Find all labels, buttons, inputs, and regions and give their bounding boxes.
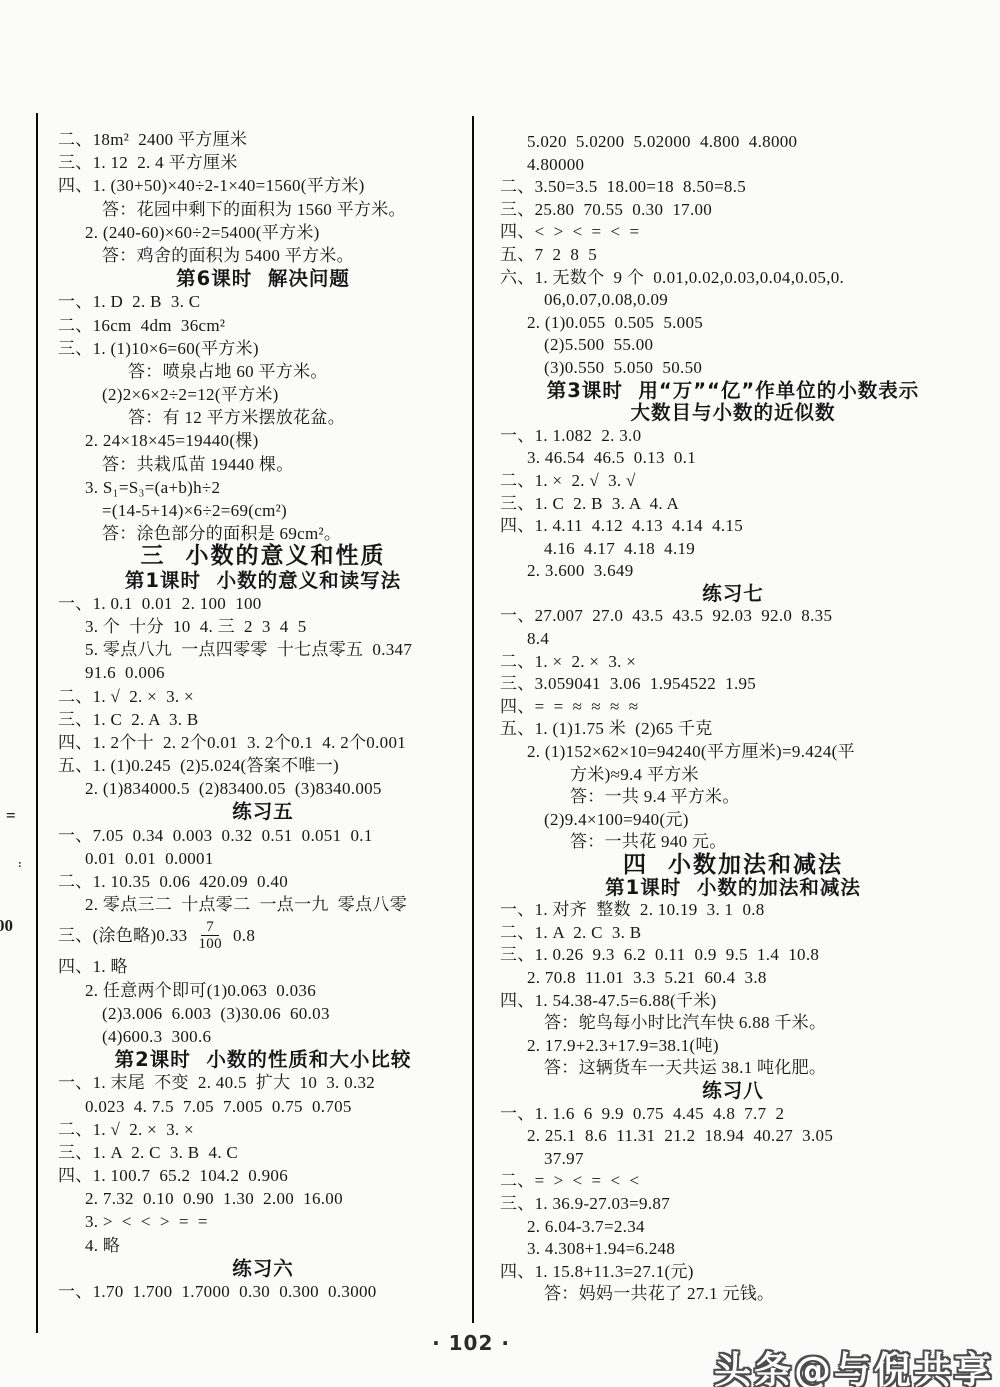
answer-line: 3. 个 十分 10 4. 三 2 3 4 5	[58, 615, 468, 638]
margin-fragment-zeros: 00	[0, 916, 13, 936]
answer-line: 四、1. 15.8+11.3=27.1(元)	[500, 1261, 966, 1284]
lesson-heading: 第6课时 解决问题	[58, 267, 468, 290]
answer-line: 三、1. C 2. A 3. B	[58, 708, 468, 731]
answer-line: 2. 25.1 8.6 11.31 21.2 18.94 40.27 3.05	[500, 1125, 966, 1148]
answer-line: 2. 24×18×45=19440(棵)	[58, 429, 468, 452]
answer-line: 三、1. A 2. C 3. B 4. C	[58, 1141, 468, 1164]
answer-line: 二、1. √ 2. × 3. ×	[58, 685, 468, 708]
answer-line: 答：妈妈一共花了 27.1 元钱。	[500, 1283, 966, 1306]
answer-line: 答：花园中剩下的面积为 1560 平方米。	[58, 198, 468, 221]
answer-line: 3. > < < > = =	[58, 1210, 468, 1233]
answer-line: 4.80000	[500, 154, 966, 177]
margin-fragment-colon: :	[18, 858, 22, 870]
answer-line: 答：鸡舍的面积为 5400 平方米。	[58, 244, 468, 267]
answer-line: 一、1.70 1.700 1.7000 0.30 0.300 0.3000	[58, 1280, 468, 1303]
answer-line: 2. 17.9+2.3+17.9=38.1(吨)	[500, 1035, 966, 1058]
answer-line: 四、1. (30+50)×40÷2-1×40=1560(平方米)	[58, 174, 468, 197]
page-edge-rule	[36, 113, 38, 1333]
answer-line: 2. 7.32 0.10 0.90 1.30 2.00 16.00	[58, 1187, 468, 1210]
lesson-heading: 练习五	[58, 800, 468, 823]
lesson-heading: 大数目与小数的近似数	[500, 402, 966, 425]
answer-line: 方米)≈9.4 平方米	[500, 764, 966, 787]
answer-line: 37.97	[500, 1148, 966, 1171]
margin-fragment-equals: =	[6, 806, 16, 826]
answer-line: 2. (1)152×62×10=94240(平方厘米)=9.424(平	[500, 741, 966, 764]
answer-line: (2)3.006 6.003 (3)30.06 60.03	[58, 1002, 468, 1025]
answer-line: 四、1. 100.7 65.2 104.2 0.906	[58, 1164, 468, 1187]
answer-line: (2)9.4×100=940(元)	[500, 809, 966, 832]
answer-line: 一、1. 0.1 0.01 2. 100 100	[58, 592, 468, 615]
answer-line: 四、= = ≈ ≈ ≈ ≈	[500, 696, 966, 719]
answer-line: 答：共栽瓜苗 19440 棵。	[58, 453, 468, 476]
answer-line: (2)2×6×2÷2=12(平方米)	[58, 383, 468, 406]
lesson-heading: 第1课时 小数的意义和读写法	[58, 569, 468, 592]
page-number: · 102 ·	[396, 1331, 546, 1355]
answer-line: 2. (1)0.055 0.505 5.005	[500, 312, 966, 335]
answer-line: 三、1. 36.9-27.03=9.87	[500, 1193, 966, 1216]
answer-line: 五、1. (1)0.245 (2)5.024(答案不唯一)	[58, 754, 468, 777]
answer-line: 四、1. 4.11 4.12 4.13 4.14 4.15	[500, 515, 966, 538]
answer-line: 答：一共 9.4 平方米。	[500, 786, 966, 809]
answer-line: 一、27.007 27.0 43.5 43.5 92.03 92.0 8.35	[500, 605, 966, 628]
answer-line: 2. (240-60)×60÷2=5400(平方米)	[58, 221, 468, 244]
answer-line: (2)5.500 55.00	[500, 334, 966, 357]
answers-right-column: 5.020 5.0200 5.02000 4.800 4.80004.80000…	[500, 131, 966, 1306]
answer-line: 8.4	[500, 628, 966, 651]
answer-line: 一、1. 末尾 不变 2. 40.5 扩大 10 3. 0.32	[58, 1071, 468, 1094]
answer-line: 二、1. 10.35 0.06 420.09 0.40	[58, 870, 468, 893]
lesson-heading: 第1课时 小数的加法和减法	[500, 877, 966, 900]
answer-line: 二、1. √ 2. × 3. ×	[58, 1118, 468, 1141]
answer-line: 二、1. A 2. C 3. B	[500, 922, 966, 945]
answer-line: 2. 任意两个即可(1)0.063 0.036	[58, 979, 468, 1002]
answer-line: 2. 70.8 11.01 3.3 5.21 60.4 3.8	[500, 967, 966, 990]
answer-line: 答：鸵鸟每小时比汽车快 6.88 千米。	[500, 1012, 966, 1035]
answer-line: 0.023 4. 7.5 7.05 7.005 0.75 0.705	[58, 1095, 468, 1118]
answer-line: 二、3.50=3.5 18.00=18 8.50=8.5	[500, 176, 966, 199]
answer-line: 答：一共花 940 元。	[500, 831, 966, 854]
unit-heading: 四 小数加法和减法	[500, 854, 966, 877]
unit-heading: 三 小数的意义和性质	[58, 545, 468, 568]
answer-line: 三、1. (1)10×6=60(平方米)	[58, 337, 468, 360]
answers-left-column: 二、18m² 2400 平方厘米三、1. 12 2. 4 平方厘米四、1. (3…	[58, 128, 468, 1303]
answer-line: 四、1. 2个十 2. 2个0.01 3. 2个0.1 4. 2个0.001	[58, 731, 468, 754]
answer-line: (3)0.550 5.050 50.50	[500, 357, 966, 380]
answer-line: 4.16 4.17 4.18 4.19	[500, 538, 966, 561]
answer-line: 91.6 0.006	[58, 661, 468, 684]
column-divider-rule	[472, 116, 474, 1323]
answer-line: 二、16cm 4dm 36cm²	[58, 314, 468, 337]
answer-line: 2. 零点三二 十点零二 一点一九 零点八零	[58, 893, 468, 916]
answer-line: 4. 略	[58, 1234, 468, 1257]
answer-line: 四、< > < = < =	[500, 221, 966, 244]
answer-line: 答：这辆货车一天共运 38.1 吨化肥。	[500, 1057, 966, 1080]
answer-line: 二、= > < = < <	[500, 1170, 966, 1193]
answer-line: 2. 3.600 3.649	[500, 560, 966, 583]
answer-line: 答：涂色部分的面积是 69cm²。	[58, 522, 468, 545]
answer-line: 二、1. × 2. × 3. ×	[500, 651, 966, 674]
answer-line: 3. 46.54 46.5 0.13 0.1	[500, 447, 966, 470]
answer-line: 5. 零点八九 一点四零零 十七点零五 0.347	[58, 638, 468, 661]
answer-line: 五、1. (1)1.75 米 (2)65 千克	[500, 718, 966, 741]
answer-line: 三、3.059041 3.06 1.954522 1.95	[500, 673, 966, 696]
answer-line: 二、18m² 2400 平方厘米	[58, 128, 468, 151]
answer-line: 2. 6.04-3.7=2.34	[500, 1216, 966, 1239]
answer-line: 三、1. 0.26 9.3 6.2 0.11 0.9 9.5 1.4 10.8	[500, 944, 966, 967]
answer-line: 三、25.80 70.55 0.30 17.00	[500, 199, 966, 222]
answer-line: 一、1. D 2. B 3. C	[58, 290, 468, 313]
answer-line: 六、1. 无数个 9 个 0.01,0.02,0.03,0.04,0.05,0.	[500, 267, 966, 290]
answer-line: 答：喷泉占地 60 平方米。	[58, 360, 468, 383]
lesson-heading: 第3课时 用“万”“亿”作单位的小数表示	[500, 380, 966, 403]
answer-line: 三、1. C 2. B 3. A 4. A	[500, 493, 966, 516]
answer-line: 0.01 0.01 0.0001	[58, 847, 468, 870]
answer-line: 06,0.07,0.08,0.09	[500, 289, 966, 312]
answer-line: =(14-5+14)×6÷2=69(cm²)	[58, 499, 468, 522]
answer-line: 答：有 12 平方米摆放花盆。	[58, 406, 468, 429]
answer-line: (4)600.3 300.6	[58, 1025, 468, 1048]
fraction: 7100	[198, 919, 221, 952]
fraction-post-text: 0.8	[224, 924, 255, 947]
answer-line: 一、1. 1.082 2. 3.0	[500, 425, 966, 448]
answer-line: 二、1. × 2. √ 3. √	[500, 470, 966, 493]
answer-line: 3. S₁=S₃=(a+b)h÷2	[58, 476, 468, 499]
lesson-heading: 练习七	[500, 583, 966, 606]
fraction-pre-text: 三、(涂色略)0.33	[58, 924, 196, 947]
answer-line: 四、1. 略	[58, 955, 468, 978]
lesson-heading: 练习六	[58, 1257, 468, 1280]
fraction-answer-line: 三、(涂色略)0.33 7100 0.8	[58, 916, 468, 955]
lesson-heading: 练习八	[500, 1080, 966, 1103]
answer-line: 一、1. 1.6 6 9.9 0.75 4.45 4.8 7.7 2	[500, 1103, 966, 1126]
answer-line: 一、7.05 0.34 0.003 0.32 0.51 0.051 0.1	[58, 824, 468, 847]
answer-line: 5.020 5.0200 5.02000 4.800 4.8000	[500, 131, 966, 154]
answer-line: 2. (1)834000.5 (2)83400.05 (3)8340.005	[58, 777, 468, 800]
answer-line: 三、1. 12 2. 4 平方厘米	[58, 151, 468, 174]
lesson-heading: 第2课时 小数的性质和大小比较	[58, 1048, 468, 1071]
answer-line: 四、1. 54.38-47.5=6.88(千米)	[500, 990, 966, 1013]
answer-line: 一、1. 对齐 整数 2. 10.19 3. 1 0.8	[500, 899, 966, 922]
answer-line: 五、7 2 8 5	[500, 244, 966, 267]
answer-line: 3. 4.308+1.94=6.248	[500, 1238, 966, 1261]
watermark-text: 头条@与倪共享	[714, 1340, 994, 1387]
